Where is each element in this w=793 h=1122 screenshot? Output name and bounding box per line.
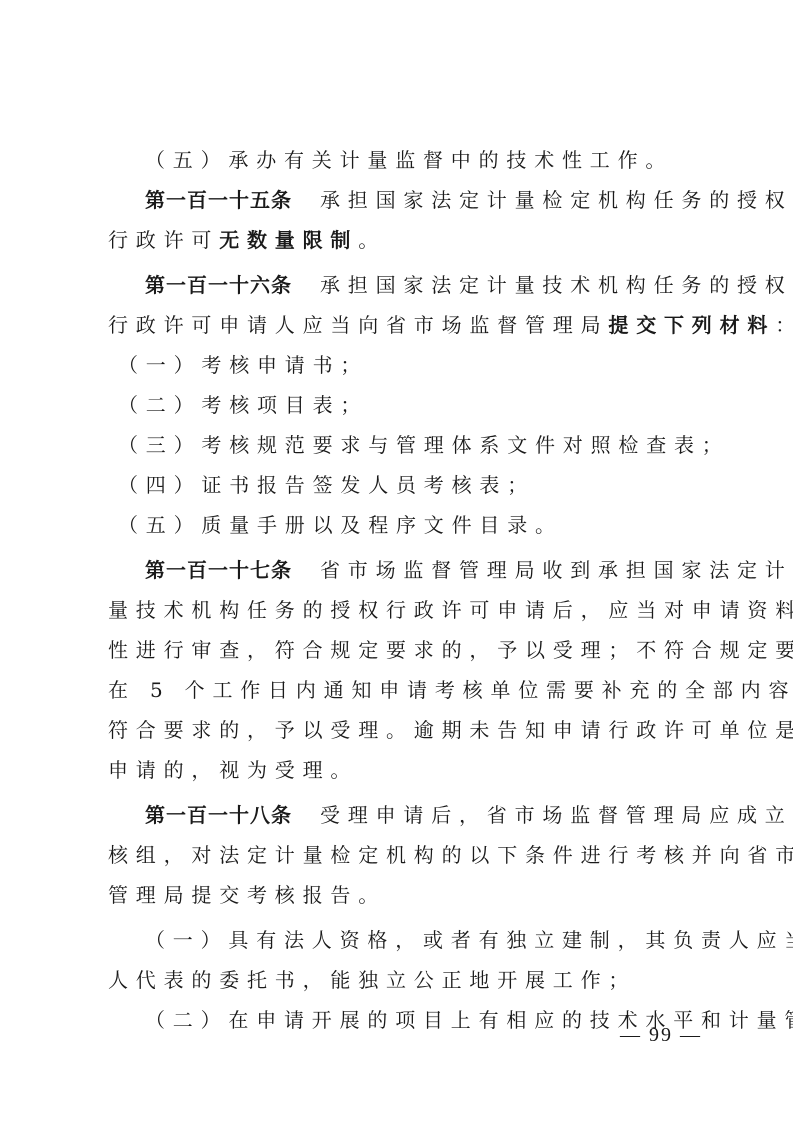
paragraph-line: 人代表的委托书，能独立公正地开展工作；: [108, 960, 636, 1000]
article-118-heading-line: 第一百一十八条受理申请后，省市场监督管理局应成立考: [145, 795, 793, 835]
article-number: 第一百一十八条: [145, 803, 292, 827]
list-item: （一）具有法人资格，或者有独立建制，其负责人应当有法: [145, 920, 793, 960]
article-number: 第一百一十五条: [145, 188, 292, 212]
emphasis-text: 提交下列材料: [608, 313, 775, 337]
list-item: （二）考核项目表；: [118, 385, 368, 425]
page-number: — 99 —: [620, 1020, 702, 1050]
list-item: （四）证书报告签发人员考核表；: [118, 465, 535, 505]
paragraph-line: 量技术机构任务的授权行政许可申请后，应当对申请资料的完整: [108, 590, 793, 630]
article-116-heading-line: 第一百一十六条承担国家法定计量技术机构任务的授权: [145, 265, 793, 305]
paragraph-line: （五）承办有关计量监督中的技术性工作。: [145, 140, 673, 180]
paragraph-line: 申请的，视为受理。: [108, 750, 358, 790]
paragraph-line: 符合要求的，予以受理。逾期未告知申请行政许可单位是否受理: [108, 710, 793, 750]
paragraph-line: 在 5 个工作日内通知申请考核单位需要补充的全部内容；经补充: [108, 670, 793, 710]
list-item: （一）考核申请书；: [118, 345, 368, 385]
article-number: 第一百一十六条: [145, 273, 292, 297]
paragraph-line: 性进行审查，符合规定要求的，予以受理；不符合规定要求的，: [108, 630, 793, 670]
article-115-heading-line: 第一百一十五条承担国家法定计量检定机构任务的授权: [145, 180, 793, 220]
paragraph-line: 行政许可申请人应当向省市场监督管理局提交下列材料：: [108, 305, 793, 345]
list-item: （三）考核规范要求与管理体系文件对照检查表；: [118, 425, 730, 465]
article-number: 第一百一十七条: [145, 558, 292, 582]
emphasis-text: 无数量限制: [219, 228, 358, 252]
list-item: （五）质量手册以及程序文件目录。: [118, 505, 563, 545]
paragraph-line: 行政许可无数量限制。: [108, 220, 386, 260]
paragraph-line: 核组，对法定计量检定机构的以下条件进行考核并向省市场监督: [108, 835, 793, 875]
article-117-heading-line: 第一百一十七条省市场监督管理局收到承担国家法定计: [145, 550, 793, 590]
paragraph-line: 管理局提交考核报告。: [108, 875, 386, 915]
